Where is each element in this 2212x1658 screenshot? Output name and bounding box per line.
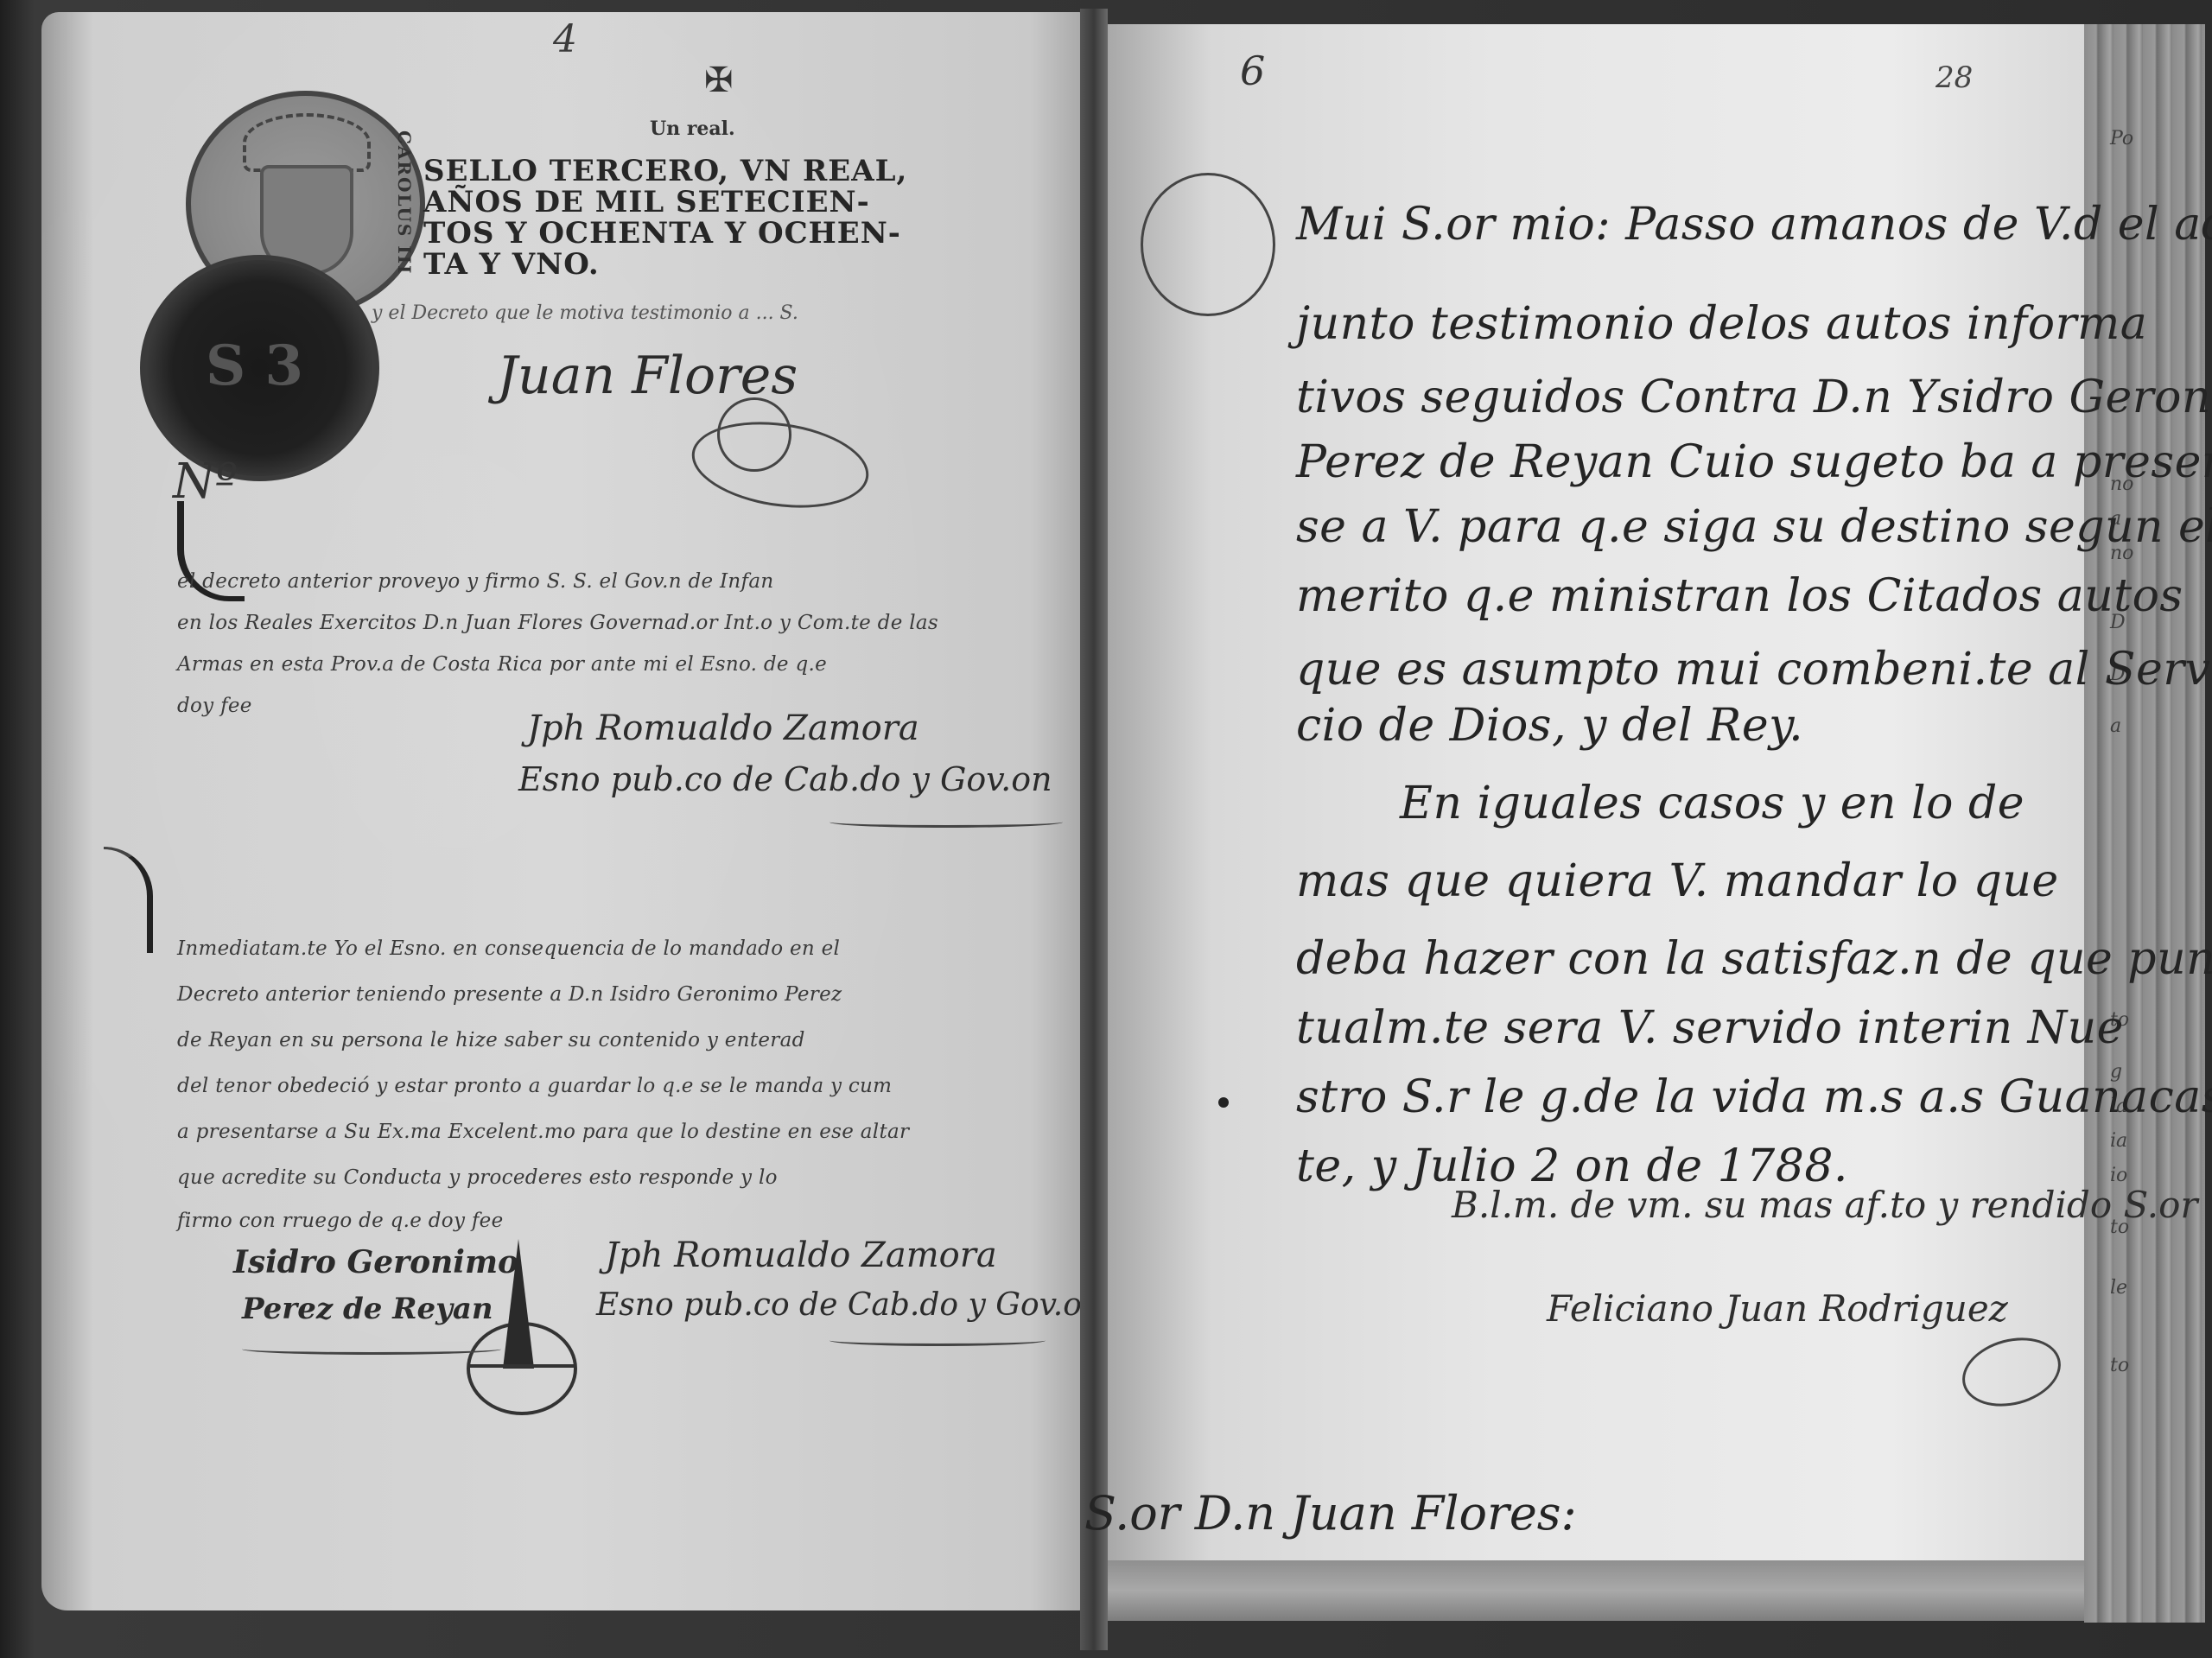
signature-zamora-title: Esno pub.co de Cab.do y Gov.on <box>596 1287 1102 1323</box>
left-folio-mark: 4 <box>553 17 577 61</box>
letter-line: junto testimonio delos autos informa <box>1296 298 2147 350</box>
signature-geronimo-surname: Perez de Reyan <box>242 1292 493 1326</box>
crown-icon <box>243 113 371 172</box>
cross-icon: ✠ <box>704 60 734 100</box>
cross-mark-rubric <box>467 1322 577 1415</box>
page-edges-right: Po no a no D D a to g la ia io to le to <box>2084 24 2205 1623</box>
letter-line: tivos seguidos Contra D.n Ysidro Geronim… <box>1296 372 2212 423</box>
edge-mark: to <box>2110 1355 2129 1376</box>
stamp-line: TOS Y OCHENTA Y OCHEN- <box>423 218 1028 249</box>
letter-line: que es asumpto mui combeni.te al Servi <box>1296 644 2212 696</box>
edge-mark: le <box>2110 1277 2127 1299</box>
paragraph-line: en los Reales Exercitos D.n Juan Flores … <box>177 612 938 634</box>
paragraph-line: que acredite su Conducta y procederes es… <box>177 1166 778 1189</box>
stamp-caption: y el Decreto que le motiva testimonio a … <box>372 302 798 324</box>
letter-line: En iguales casos y en lo de <box>1400 778 2024 829</box>
seal-legend: CAROLUS III <box>394 130 415 275</box>
paragraph-line: el decreto anterior proveyo y firmo S. S… <box>177 570 773 593</box>
stamp-line: TA Y VNO. <box>423 249 1028 280</box>
rubric-flourish <box>717 397 791 472</box>
signature-flourish <box>829 816 1063 828</box>
folio-number: 28 <box>1935 60 1973 95</box>
seal-number: S 3 <box>206 334 303 398</box>
signature-flourish <box>829 1335 1046 1346</box>
letter-line: cio de Dios, y del Rey. <box>1296 700 1803 752</box>
stamp-denomination: Un real. <box>650 118 735 140</box>
paragraph-line: firmo con rruego de q.e doy fee <box>177 1210 504 1232</box>
signature-zamora: Jph Romualdo Zamora <box>527 708 919 748</box>
paragraph-line: Decreto anterior teniendo presente a D.n… <box>177 983 842 1006</box>
letter-line: Perez de Reyan Cuio sugeto ba a presenta… <box>1296 436 2212 488</box>
signature-zamora: Jph Romualdo Zamora <box>605 1236 997 1275</box>
letter-line: se a V. para q.e siga su destino segun e… <box>1296 501 2212 553</box>
paragraph-line: doy fee <box>177 695 252 717</box>
signature-geronimo: Isidro Geronimo <box>233 1244 518 1280</box>
stamp-line: SELLO TERCERO, VN REAL, <box>423 156 1028 187</box>
letter-line: Mui S.or mio: Passo amanos de V.d el ad <box>1296 199 2212 251</box>
paragraph-line: del tenor obedeció y estar pronto a guar… <box>177 1075 892 1097</box>
signature-zamora-title: Esno pub.co de Cab.do y Gov.on <box>518 760 1052 798</box>
paragraph-line: a presentarse a Su Ex.ma Excelent.mo par… <box>177 1121 909 1143</box>
paragraph-line: de Reyan en su persona le hize saber su … <box>177 1029 805 1051</box>
letter-line: stro S.r le g.de la vida m.s a.s Guanaca… <box>1296 1071 2212 1123</box>
stamped-paper-header: SELLO TERCERO, VN REAL, AÑOS DE MIL SETE… <box>423 156 1028 280</box>
signatory-signature: Feliciano Juan Rodriguez <box>1547 1287 2008 1330</box>
right-folio-mark: 6 <box>1240 48 1265 94</box>
page-edge-bottom <box>1108 1560 2127 1621</box>
edge-mark: Po <box>2110 128 2133 149</box>
letter-line: merito q.e ministran los Citados autos <box>1296 570 2183 622</box>
letter-line: tualm.te sera V. servido interin Nue <box>1296 1002 2124 1054</box>
addressee: S.or D.n Juan Flores: <box>1084 1486 1577 1540</box>
paragraph-line: Armas en esta Prov.a de Costa Rica por a… <box>177 653 827 676</box>
edge-mark: ia <box>2110 1130 2127 1152</box>
letter-line: mas que quiera V. mandar lo que <box>1296 855 2059 907</box>
book-gutter <box>1080 9 1108 1650</box>
stamp-line: AÑOS DE MIL SETECIEN- <box>423 187 1028 218</box>
signature-flourish <box>242 1344 501 1355</box>
decorative-initial <box>1141 173 1275 316</box>
letter-closing: B.l.m. de vm. su mas af.to y rendido S.o… <box>1452 1184 2197 1226</box>
letter-line: deba hazer con la satisfaz.n de que pun <box>1296 933 2212 985</box>
edge-mark: a <box>2110 715 2121 737</box>
paragraph-line: Inmediatam.te Yo el Esno. en consequenci… <box>177 937 840 960</box>
royal-seal-bottom: S 3 <box>140 255 379 481</box>
ink-dot <box>1218 1097 1229 1108</box>
